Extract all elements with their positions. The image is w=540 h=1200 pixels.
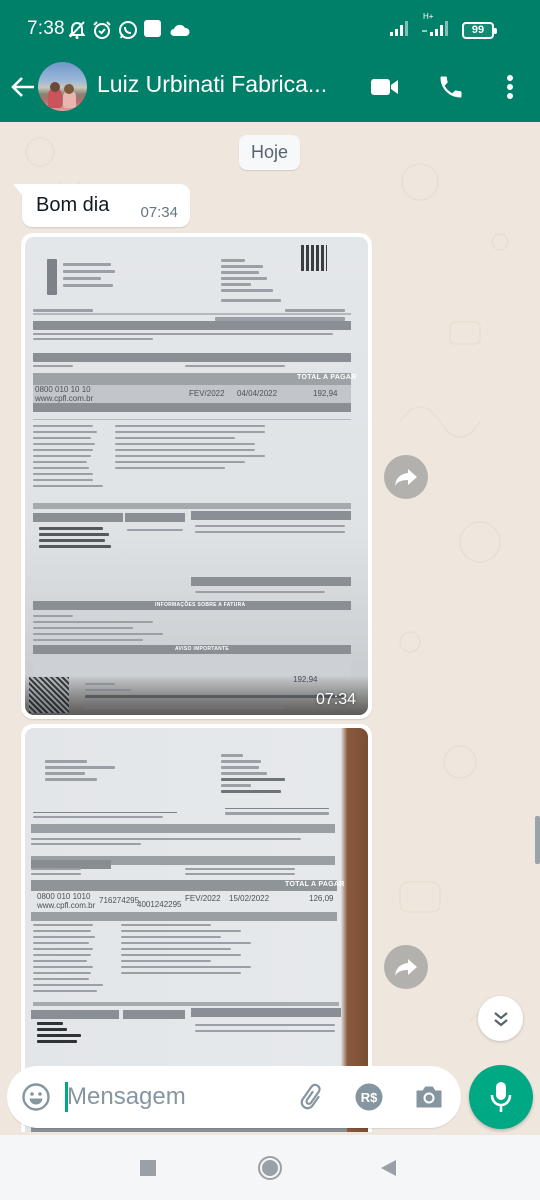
phone-icon bbox=[437, 73, 465, 101]
recents-button[interactable] bbox=[133, 1153, 163, 1183]
home-button[interactable] bbox=[255, 1153, 285, 1183]
voice-call-button[interactable] bbox=[435, 72, 467, 102]
status-right: H+ 99 bbox=[390, 20, 494, 41]
network-type-label: H+ bbox=[423, 12, 433, 21]
back-button[interactable] bbox=[8, 72, 38, 102]
notification-square-icon bbox=[144, 20, 161, 37]
message-text: Bom dia bbox=[36, 194, 109, 217]
mute-icon bbox=[67, 20, 87, 45]
forward-icon bbox=[394, 467, 418, 487]
forward-button[interactable] bbox=[384, 945, 428, 989]
message-timestamp: 07:34 bbox=[316, 691, 356, 709]
svg-text:R$: R$ bbox=[361, 1090, 378, 1105]
double-chevron-down-icon bbox=[491, 1009, 511, 1029]
alarm-icon bbox=[92, 20, 112, 45]
payment-button[interactable]: R$ bbox=[353, 1081, 385, 1113]
square-icon bbox=[139, 1159, 157, 1177]
whatsapp-icon bbox=[118, 20, 138, 45]
battery-icon: 99 bbox=[462, 22, 494, 39]
system-navigation-bar bbox=[0, 1135, 540, 1200]
status-bar: 7:38 H+ 99 bbox=[0, 0, 540, 60]
paperclip-icon bbox=[294, 1082, 324, 1112]
chat-scrollbar[interactable] bbox=[535, 816, 540, 864]
attach-button[interactable] bbox=[293, 1081, 325, 1113]
camera-icon bbox=[414, 1083, 444, 1111]
contact-avatar[interactable] bbox=[38, 62, 87, 111]
message-bubble-incoming[interactable]: Bom dia 07:34 bbox=[22, 184, 190, 227]
emoji-button[interactable] bbox=[21, 1082, 51, 1112]
message-input[interactable] bbox=[67, 1078, 277, 1116]
forward-icon bbox=[394, 957, 418, 977]
signal-hplus-icon: H+ bbox=[422, 20, 452, 41]
cloud-icon bbox=[170, 23, 190, 42]
invoice-photo-1[interactable]: TOTAL A PAGAR 0800 010 10 10 www.cpfl.co… bbox=[25, 237, 368, 715]
forward-button[interactable] bbox=[384, 455, 428, 499]
contact-name[interactable]: Luiz Urbinati Fabrica... bbox=[97, 71, 359, 98]
scroll-to-bottom-button[interactable] bbox=[478, 996, 523, 1041]
message-timestamp: 07:34 bbox=[140, 204, 178, 221]
status-time: 7:38 bbox=[27, 18, 65, 40]
video-call-button[interactable] bbox=[369, 72, 401, 102]
voice-message-button[interactable] bbox=[469, 1065, 533, 1129]
date-separator: Hoje bbox=[239, 135, 300, 170]
message-composer: R$ bbox=[7, 1066, 461, 1128]
chat-header: Luiz Urbinati Fabrica... bbox=[0, 60, 540, 122]
camera-button[interactable] bbox=[413, 1081, 445, 1113]
more-vertical-icon bbox=[506, 74, 514, 100]
currency-real-icon: R$ bbox=[354, 1082, 384, 1112]
triangle-back-icon bbox=[379, 1158, 399, 1178]
circle-home-icon bbox=[257, 1155, 283, 1181]
microphone-icon bbox=[488, 1080, 514, 1114]
chat-area[interactable]: Hoje Bom dia 07:34 bbox=[0, 122, 540, 1132]
signal-icon bbox=[390, 20, 412, 41]
emoji-icon bbox=[21, 1082, 51, 1112]
more-options-button[interactable] bbox=[494, 72, 526, 102]
back-nav-button[interactable] bbox=[374, 1153, 404, 1183]
image-message[interactable]: TOTAL A PAGAR 0800 010 10 10 www.cpfl.co… bbox=[21, 233, 372, 719]
video-camera-icon bbox=[370, 76, 400, 98]
